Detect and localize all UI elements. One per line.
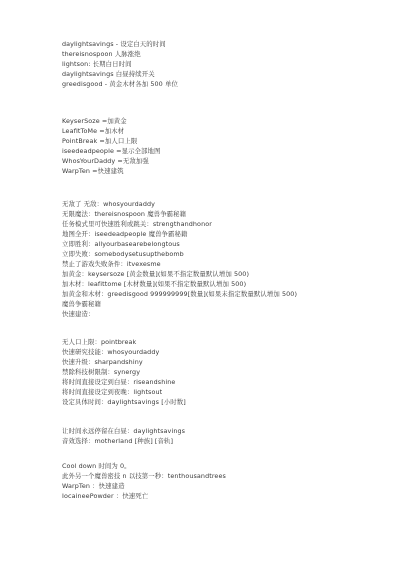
text-line: PointBreak =加人口上限: [62, 137, 137, 145]
text-line: 立即失败：somebodysetusupthebomb: [62, 250, 184, 258]
text-line: WhosYourDaddy =无敌加强: [62, 157, 149, 165]
text-line: greedisgood - 黄金木材各加 500 单位: [62, 80, 178, 88]
text-line: 加黄金和木材：greedisgood 999999999[数量](如果未指定数量…: [62, 290, 297, 298]
text-line: 快速升级：sharpandshiny: [62, 358, 143, 366]
text-line: 无敌了 无敌：whosyourdaddy: [62, 200, 155, 208]
text-line: 设定具体时间：daylightsavings [小时数]: [62, 398, 186, 406]
text-line: LeafItToMe =加木材: [62, 127, 124, 135]
text-line: 加木材：leafittome [木材数量](如果不指定数量默认增加 500): [62, 280, 246, 288]
text-line: 让时间永远停留在白昼：daylightsavings: [62, 427, 185, 435]
text-line: KeyserSoze =加黄金: [62, 117, 127, 125]
text-line: IocaineePowder ：快速死亡: [62, 492, 148, 500]
text-line: 任务模式里可快速胜利或跳关：strengthandhonor: [62, 220, 212, 228]
text-line: 将时间直接设定到夜晚：lightsout: [62, 388, 162, 396]
text-line: 音效选择：motherland [种族] [音轨]: [62, 437, 173, 445]
text-line: lightson: 长期白日时间: [62, 60, 132, 68]
text-line: 无人口上限：pointbreak: [62, 338, 136, 346]
text-line: WarpTen =快速建筑: [62, 167, 124, 175]
text-line: 立即胜利：allyourbasearebelongtous: [62, 240, 180, 248]
text-line: 魔兽争霸秘籍: [62, 300, 101, 308]
text-line: daylightsavings 白昼持续开关: [62, 70, 155, 78]
text-line: 禁止了游戏失败条件：itvexesme: [62, 260, 161, 268]
text-line: 加黄金：keysersoze [黄金数量](如果不指定数量默认增加 500): [62, 270, 249, 278]
text-line: WarpTen ：快速建造: [62, 482, 125, 490]
text-line: 此外另一个魔兽密技 n 以技第一秒：tenthousandtrees: [62, 472, 226, 480]
text-line: Cool down 时间为 0。: [62, 462, 131, 470]
text-line: 将时间直接设定到白昼：riseandshine: [62, 378, 175, 386]
text-line: 无限魔法：thereisnospoon 魔兽争霸秘籍: [62, 210, 186, 218]
text-line: 快速建造：: [62, 310, 94, 318]
text-line: thereisnospoon 人脉涨绝: [62, 50, 141, 58]
text-line: 快速研究技能：whosyourdaddy: [62, 348, 159, 356]
text-line: iseedeadpeople =显示全部地图: [62, 147, 161, 155]
text-line: 禁除科技树限制：synergy: [62, 368, 140, 376]
text-line: daylightsavings - 设定白天的时间: [62, 40, 166, 48]
text-line: 地图全开：iseedeadpeople 魔兽争霸秘籍: [62, 230, 188, 238]
document-page: daylightsavings - 设定白天的时间 thereisnospoon…: [0, 0, 400, 565]
